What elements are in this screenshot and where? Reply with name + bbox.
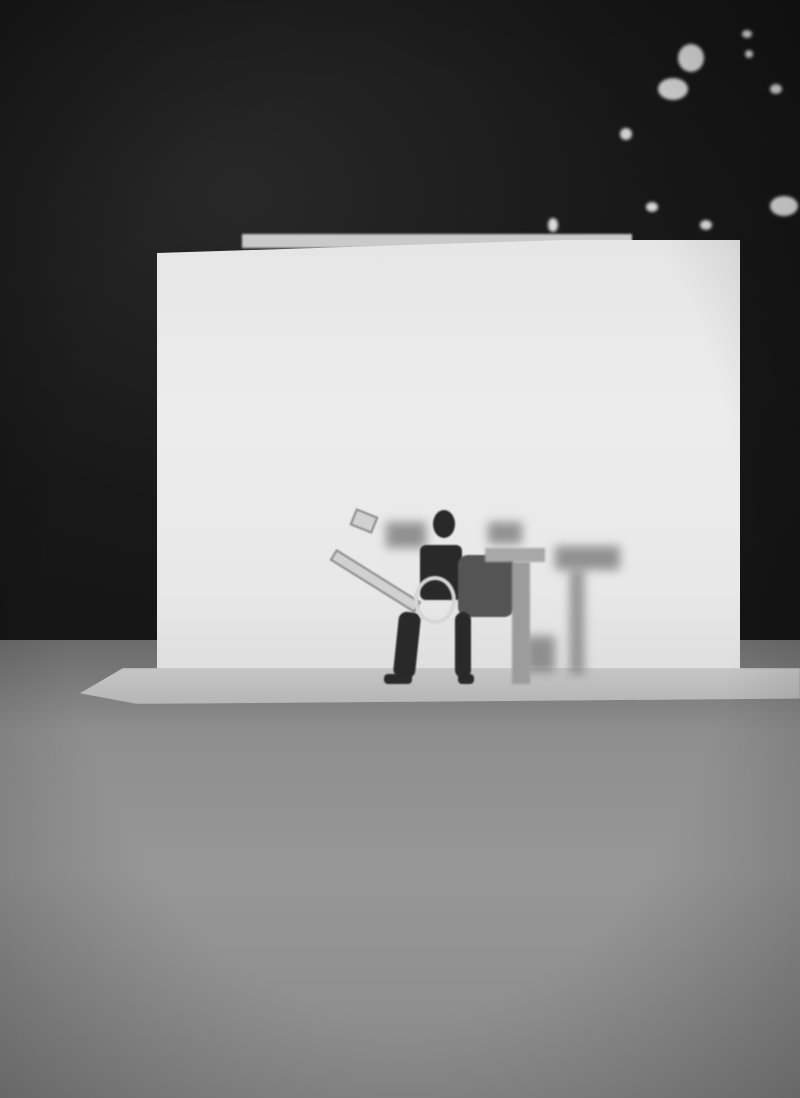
figure-foot [458,674,474,684]
light-speck [678,44,704,72]
table-leg [512,562,530,684]
table-shadow [488,522,522,544]
light-speck [770,196,798,216]
photograph: Black-and-white photograph of a small wo… [0,0,800,1098]
figure-leg-right [455,612,471,678]
light-speck [700,220,712,230]
table-leg-shadow [570,570,584,674]
table-top [485,548,545,562]
floor [0,640,800,1098]
table-shadow [555,546,620,570]
key-bow [414,576,456,624]
figure-head [433,510,455,538]
figure-seat [458,555,514,617]
light-speck [745,50,753,58]
light-speck [770,84,782,94]
light-speck [646,202,658,212]
platform-board [80,668,800,704]
light-speck [658,78,688,100]
light-speck [548,218,558,232]
light-speck [620,128,632,140]
figure-foot [384,674,412,684]
figure-shadow [386,522,426,548]
light-speck [742,30,752,38]
